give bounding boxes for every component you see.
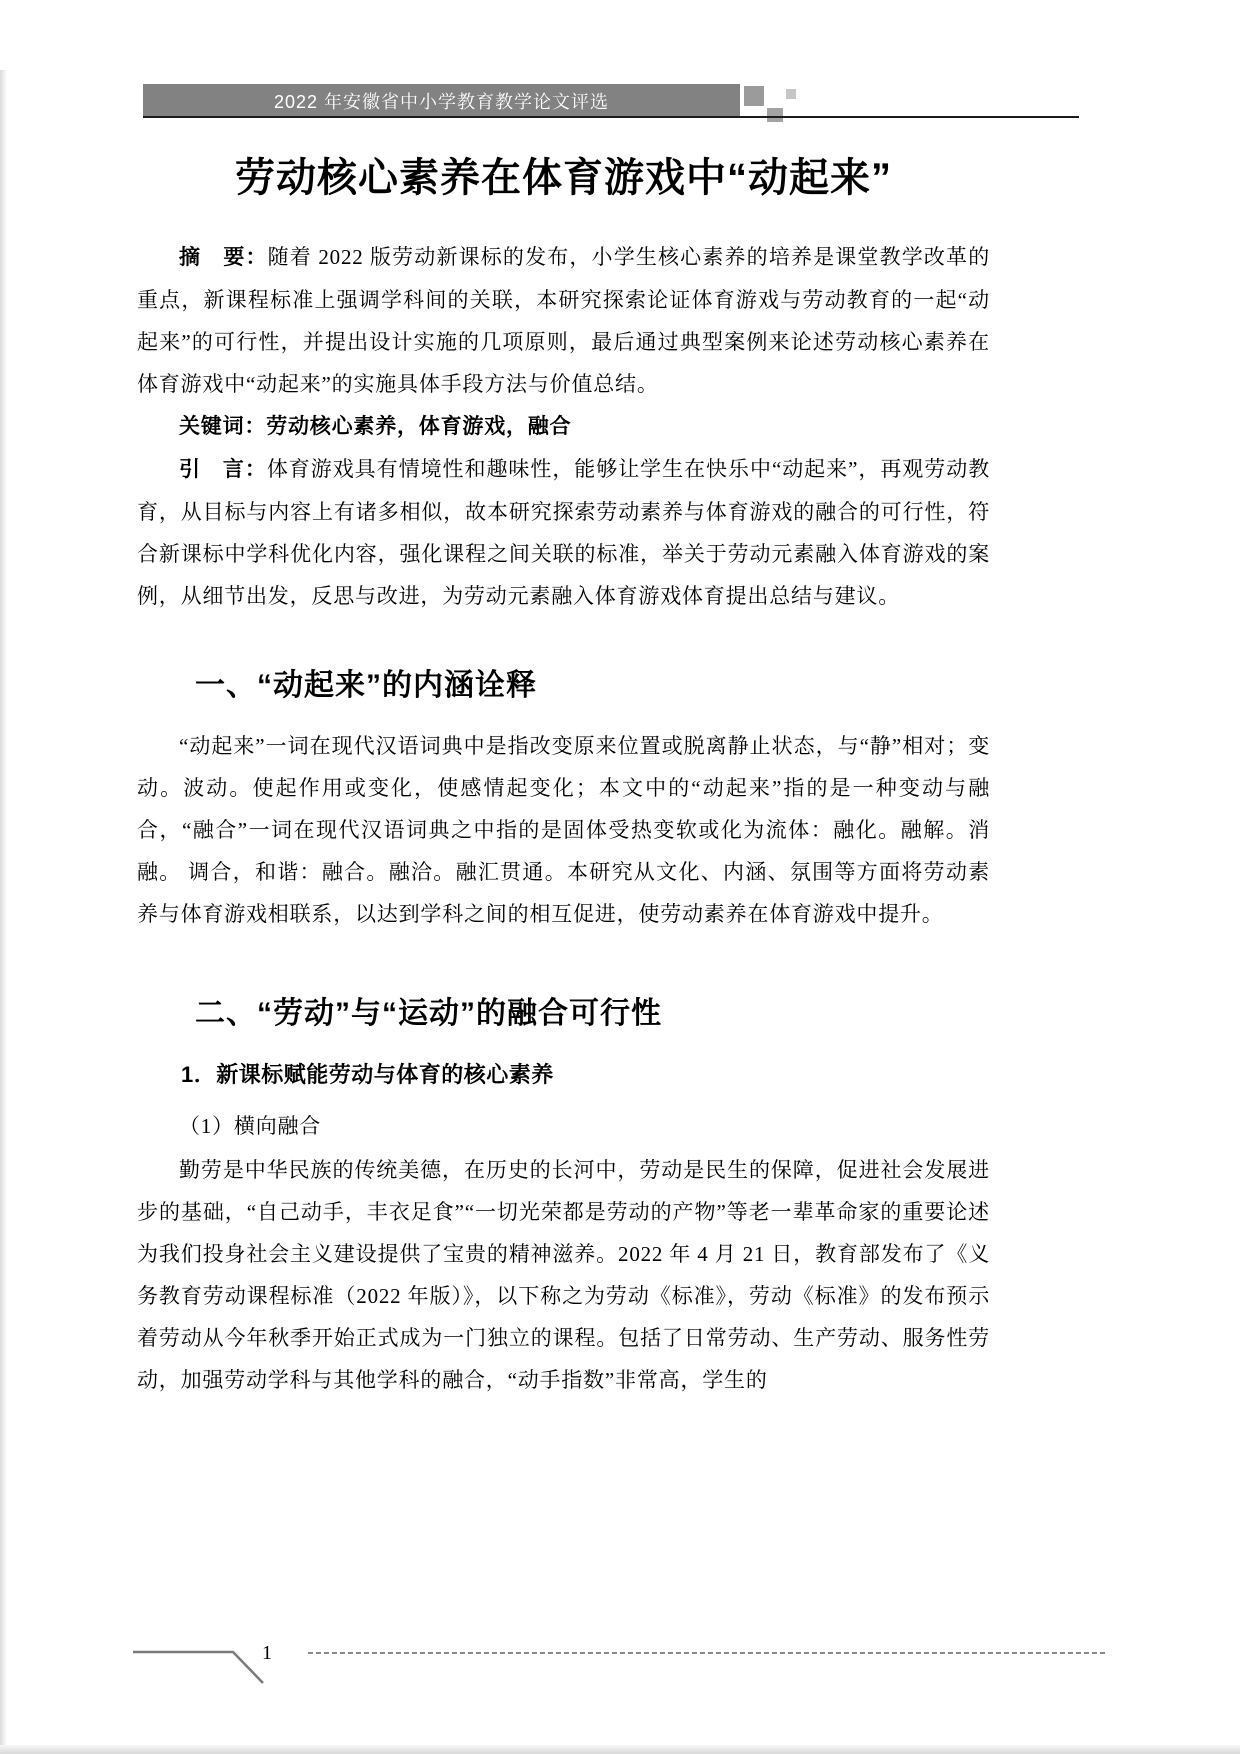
decor-square-large [744,86,764,106]
section-1-paragraph: “动起来”一词在现代汉语词典中是指改变原来位置或脱离静止状态，与“静”相对；变动… [137,725,990,935]
introduction-label: 引 言： [179,458,267,481]
section-2-subheading: 1．新课标赋能劳动与体育的核心素养 [137,1053,990,1097]
scan-edge-left [0,70,6,1754]
introduction-paragraph: 引 言：体育游戏具有情境性和趣味性，能够让学生在快乐中“动起来”，再观劳动教育，… [137,448,990,617]
keywords-label: 关键词： [179,415,266,438]
header-banner-text: 2022 年安徽省中小学教育教学论文评选 [274,88,609,114]
document-body: 劳动核心素养在体育游戏中“动起来” 摘 要：随着 2022 版劳动新课标的发布，… [137,150,990,1401]
section-1-heading: 一、“动起来”的内涵诠释 [137,663,990,709]
section-2-heading: 二、“劳动”与“运动”的融合可行性 [137,991,990,1037]
keywords-line: 关键词：劳动核心素养，体育游戏，融合 [137,405,990,448]
page-number: 1 [262,1638,272,1668]
document-page: 2022 年安徽省中小学教育教学论文评选 劳动核心素养在体育游戏中“动起来” 摘… [0,0,1240,1754]
paper-title: 劳动核心素养在体育游戏中“动起来” [137,150,990,206]
decor-square-mid [767,108,783,122]
header-rule-line [143,116,1079,118]
section-2-paragraph: 勤劳是中华民族的传统美德，在历史的长河中，劳动是民生的保障，促进社会发展进步的基… [137,1149,990,1401]
header-banner: 2022 年安徽省中小学教育教学论文评选 [143,84,740,117]
abstract-paragraph: 摘 要：随着 2022 版劳动新课标的发布，小学生核心素养的培养是课堂教学改革的… [137,236,990,405]
scan-edge-bottom [0,1745,1240,1754]
section-2-item-label: （1）横向融合 [137,1103,990,1149]
decor-square-small [786,89,796,99]
abstract-label: 摘 要： [179,246,268,269]
footer-dashed-rule [308,1652,1108,1654]
footer-decoration-line [130,1644,270,1686]
keywords-text: 劳动核心素养，体育游戏，融合 [266,415,571,438]
